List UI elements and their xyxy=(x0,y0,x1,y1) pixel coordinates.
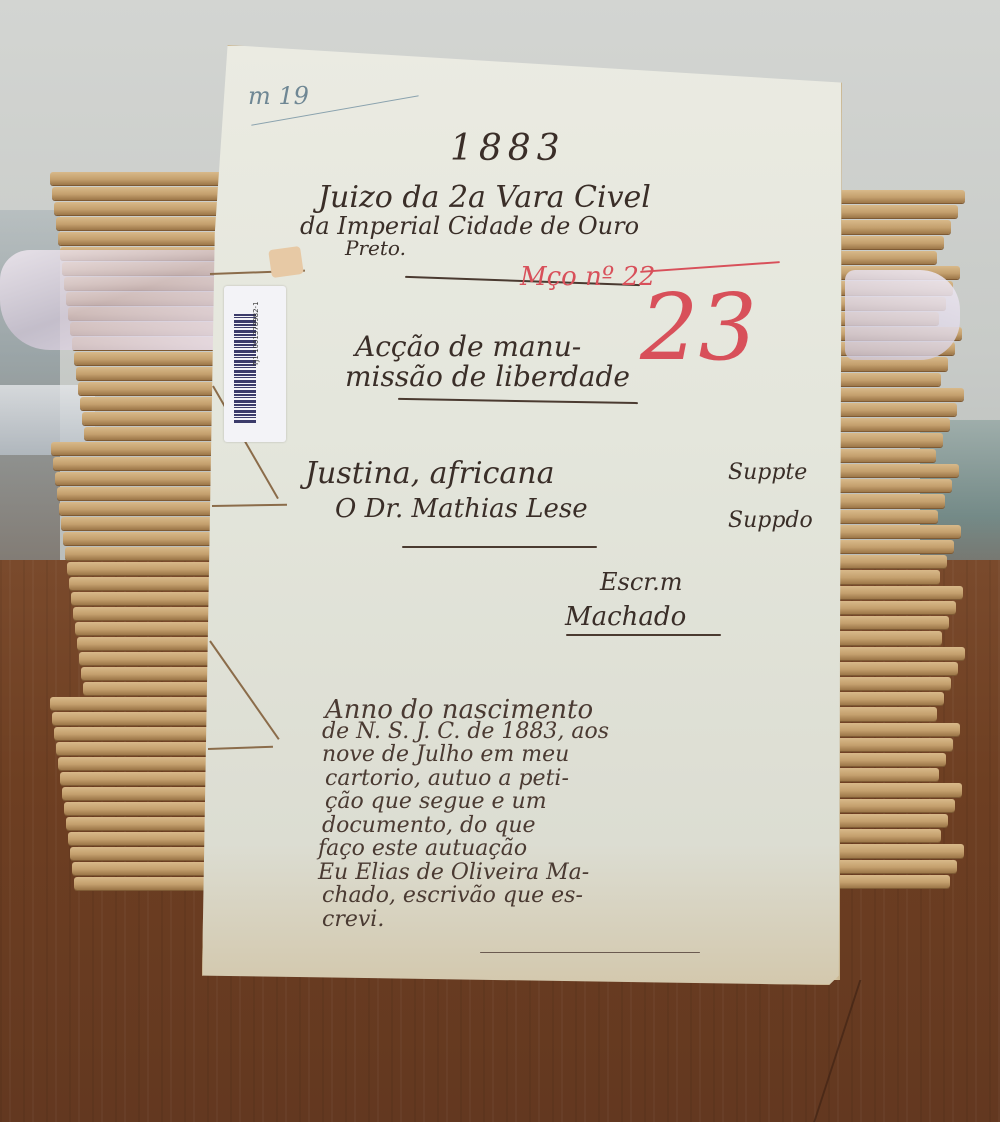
folder-edge xyxy=(835,418,950,431)
folder-edge xyxy=(52,187,240,200)
folder-edge xyxy=(835,433,943,446)
barcode-text: TJ1 1001378982-1 xyxy=(252,301,260,366)
folder-edge xyxy=(835,190,965,203)
folder-edge xyxy=(58,232,240,245)
folder-edge xyxy=(835,738,953,751)
string-tag xyxy=(268,246,304,278)
clerk-label: Escr.m xyxy=(600,568,683,596)
folder-edge xyxy=(835,707,937,720)
respondent-name: O Dr. Mathias Lese xyxy=(335,494,588,524)
folder-edge xyxy=(835,205,958,218)
folder-edge xyxy=(835,677,951,690)
folder-edge xyxy=(835,510,938,523)
folder-edge xyxy=(835,647,965,660)
document-year: 1883 xyxy=(450,128,566,169)
folder-edge xyxy=(50,172,240,185)
folder-edge xyxy=(835,494,945,507)
clerk-name: Machado xyxy=(565,602,686,632)
petitioner-name: Justina, africana xyxy=(305,456,555,491)
body-line: nove de Julho em meu xyxy=(322,742,569,767)
folder-edge xyxy=(835,251,937,264)
body-line: cartorio, autuo a peti- xyxy=(325,766,569,791)
folder-edge xyxy=(835,449,936,462)
folder-edge xyxy=(835,723,960,736)
folder-edge xyxy=(835,601,956,614)
folder-edge xyxy=(54,202,240,215)
body-line: chado, escrivão que es- xyxy=(322,883,583,908)
folder-edge xyxy=(835,525,961,538)
folder-edge xyxy=(835,814,948,827)
folder-edge xyxy=(835,464,959,477)
folder-edge xyxy=(835,768,939,781)
folder-edge xyxy=(835,631,942,644)
folder-edge xyxy=(835,616,949,629)
divider xyxy=(402,546,597,548)
body-line: faço este autuação xyxy=(318,836,527,861)
folder-edge xyxy=(835,236,944,249)
body-line: crevi. xyxy=(322,907,384,932)
folder-edge xyxy=(835,570,940,583)
folder-edge xyxy=(835,540,954,553)
folder-edge xyxy=(835,555,947,568)
folder-edge xyxy=(835,844,964,857)
body-line: Eu Elias de Oliveira Ma- xyxy=(318,860,589,885)
folder-edge xyxy=(835,388,964,401)
case-type-line-2: missão de liberdade xyxy=(345,360,630,393)
folder-edge xyxy=(835,753,946,766)
folder-edge xyxy=(835,692,944,705)
body-line: de N. S. J. C. de 1883, aos xyxy=(322,719,609,744)
court-line-3: Preto. xyxy=(345,236,406,260)
folder-edge xyxy=(835,860,957,873)
folder-edge xyxy=(56,217,240,230)
folder-edge xyxy=(835,829,941,842)
body-line: documento, do que xyxy=(322,813,536,838)
folder-edge xyxy=(835,586,963,599)
case-type-line-1: Acção de manu- xyxy=(355,330,581,363)
closing-flourish xyxy=(480,952,700,953)
barcode-label: TJ1 1001378982-1 xyxy=(224,286,286,442)
folder-edge xyxy=(835,875,950,888)
pencil-note: m 19 xyxy=(248,82,309,110)
folder-edge xyxy=(835,220,951,233)
folder-edge xyxy=(835,799,955,812)
folder-edge xyxy=(835,662,958,675)
respondent-role: Suppdo xyxy=(728,508,813,533)
plastic-wrap-right xyxy=(845,270,960,360)
clerk-underline xyxy=(566,634,721,636)
folder-edge xyxy=(835,403,957,416)
petitioner-role: Suppte xyxy=(728,460,807,485)
folder-edge xyxy=(835,373,941,386)
archive-number: 23 xyxy=(640,282,757,374)
court-line-1: Juizo da 2a Vara Civel xyxy=(318,180,651,215)
folder-edge xyxy=(835,479,952,492)
body-line: ção que segue e um xyxy=(325,789,547,814)
plastic-wrap-left xyxy=(0,250,225,350)
archive-bundle-mark: Mço nº 22 xyxy=(520,262,655,292)
folder-edge xyxy=(835,783,962,796)
